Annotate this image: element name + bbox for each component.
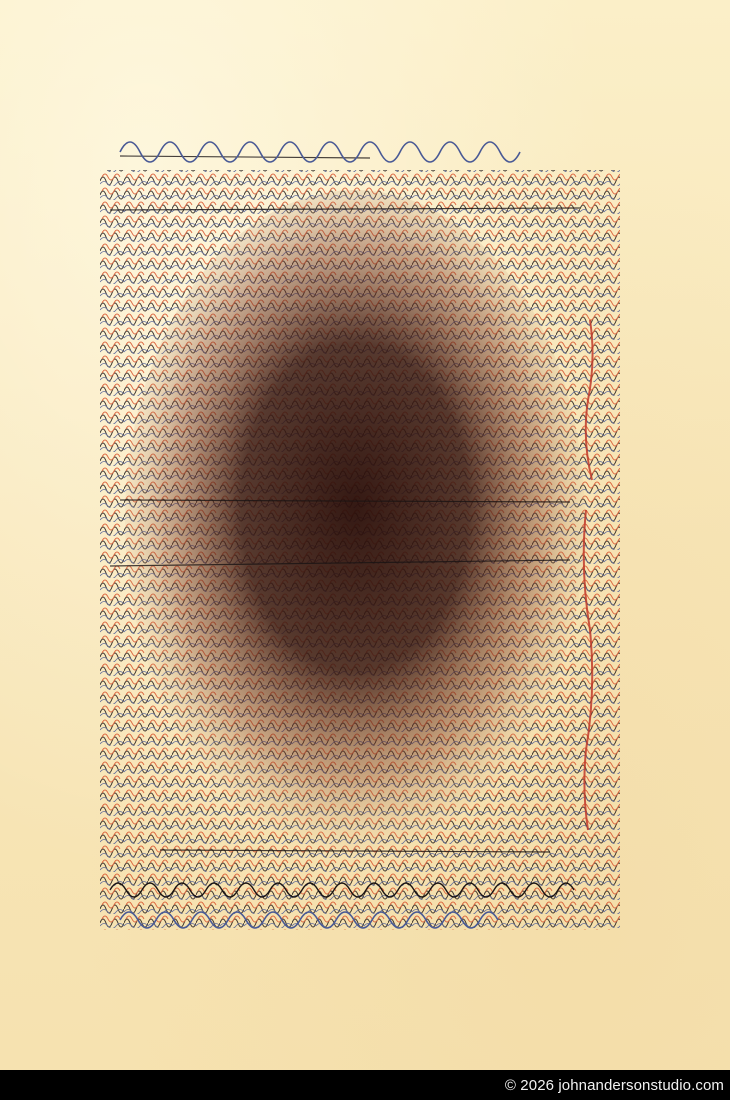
copyright-footer: © 2026 johnandersonstudio.com xyxy=(0,1070,730,1100)
artwork-drawing xyxy=(100,130,630,960)
copyright-text: © 2026 johnandersonstudio.com xyxy=(505,1077,730,1094)
handwritten-artwork xyxy=(100,130,630,960)
